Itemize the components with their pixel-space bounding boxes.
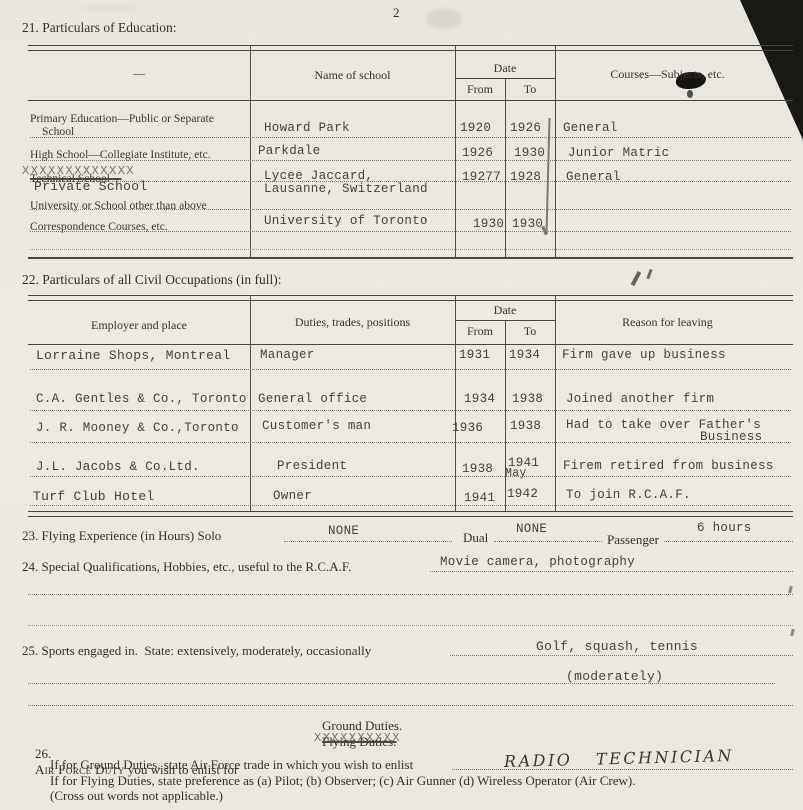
edu-row-dots <box>30 249 791 250</box>
edu-from-value: 1920 <box>460 121 491 135</box>
occ-to-value: 1938 <box>510 419 541 433</box>
occ-from-value: 1941 <box>464 491 495 505</box>
edu-table-header-rule <box>28 100 793 101</box>
edu-courses-value: General <box>566 170 621 184</box>
occ-duties-value: President <box>277 459 347 473</box>
occ-header-from: From <box>455 324 505 339</box>
occ-header-duties: Duties, trades, positions <box>250 315 455 330</box>
page-number: 2 <box>393 5 400 21</box>
solo-value: NONE <box>328 524 359 538</box>
section-25-label: 25. Sports engaged in. State: extensivel… <box>22 643 371 659</box>
passenger-answer-line <box>664 541 793 542</box>
pen-check-mark <box>631 271 641 286</box>
occ-table-header-rule <box>28 344 793 345</box>
edu-from-value: 1926 <box>462 146 493 160</box>
edu-to-value: 1928 <box>510 170 541 184</box>
occ-header-to: To <box>505 324 555 339</box>
occ-table-vline <box>505 320 506 511</box>
occ-table-top-rule <box>28 295 793 301</box>
ground-trade-answer-line <box>452 769 793 770</box>
smudge-mark <box>426 9 462 29</box>
edu-courses-value: Junior Matric <box>568 146 669 160</box>
occ-row-dots <box>30 410 791 411</box>
blank-continuation-line <box>28 594 793 595</box>
occ-employer-value: C.A. Gentles & Co., Toronto <box>36 392 247 406</box>
edu-courses-value: General <box>563 121 618 135</box>
occ-duties-value: Owner <box>273 489 312 503</box>
edu-from-value: 19277 <box>462 170 501 184</box>
section-23-label: 23. Flying Experience (in Hours) Solo <box>22 528 221 544</box>
occ-employer-value: Lorraine Shops, Montreal <box>36 348 230 363</box>
sports-answer-line <box>450 655 793 656</box>
edu-header-dash: — <box>28 66 250 81</box>
occ-reason-value-line2: Business <box>700 430 762 444</box>
edu-header-date: Date <box>455 61 555 76</box>
occ-duties-value: Customer's man <box>262 419 371 433</box>
edu-to-value: 1926 <box>510 121 541 135</box>
ground-trade-label: If for Ground Duties, state Air Force tr… <box>50 757 413 773</box>
occ-duties-value: Manager <box>260 348 315 362</box>
section-26-number: 26. <box>35 746 51 761</box>
occ-row-dots <box>30 442 791 443</box>
ground-trade-value-handwritten: RADIO TECHNICIAN <box>504 746 734 771</box>
occ-from-value: 1934 <box>464 392 495 406</box>
passenger-value: 6 hours <box>697 521 752 535</box>
pen-check-mark <box>646 269 652 279</box>
occ-row-dots <box>30 476 791 477</box>
occ-employer-value: J.L. Jacobs & Co.Ltd. <box>36 460 200 474</box>
edu-row-label: Primary Education—Public or Separate <box>30 112 214 125</box>
section-21-title: 21. Particulars of Education: <box>22 20 176 36</box>
sports-value-line2: (moderately) <box>566 669 663 684</box>
smudge-mark <box>80 4 140 12</box>
edu-row-label: High School—Collegiate Institute, etc. <box>30 148 211 161</box>
occ-to-value-line2: May <box>505 467 527 480</box>
qualifications-value: Movie camera, photography <box>440 555 635 569</box>
occ-header-date: Date <box>455 303 555 318</box>
occ-header-employer: Employer and place <box>28 318 250 333</box>
edu-from-value: 1930 <box>473 217 504 231</box>
pen-apostrophe-mark <box>788 586 792 593</box>
pen-apostrophe-mark <box>790 629 794 636</box>
edu-header-to: To <box>505 82 555 97</box>
scanned-form-page: 2 21. Particulars of Education: — Name o… <box>0 0 803 810</box>
dual-value: NONE <box>516 522 547 536</box>
typed-x-strikeout: XXXXXXXXXX <box>314 731 401 745</box>
blank-continuation-line <box>28 705 793 706</box>
occ-reason-value: Firm gave up business <box>562 348 726 362</box>
occ-to-value: 1938 <box>512 392 543 406</box>
edu-school-value: Parkdale <box>258 144 320 158</box>
edu-school-value: University of Toronto <box>264 214 428 228</box>
occ-table-bottom-rule <box>28 511 793 517</box>
sports-value: Golf, squash, tennis <box>536 639 698 654</box>
edu-header-from: From <box>455 82 505 97</box>
occ-to-value: 1942 <box>507 487 538 501</box>
edu-row-label-line2: School <box>42 125 74 138</box>
edu-school-value-line2: Lausanne, Switzerland <box>264 182 428 196</box>
edu-table-vline <box>455 45 456 258</box>
occ-row-dots <box>30 369 791 370</box>
passenger-label: Passenger <box>607 532 659 548</box>
occ-row-dots <box>30 505 791 506</box>
pen-stroke-vertical <box>545 118 550 234</box>
occ-employer-value: Turf Club Hotel <box>33 489 155 504</box>
section-24-label: 24. Special Qualifications, Hobbies, etc… <box>22 559 351 575</box>
occ-from-value: 1936 <box>452 421 483 435</box>
edu-header-name-of-school: Name of school <box>250 68 455 83</box>
occ-reason-value: Joined another firm <box>566 392 714 406</box>
section-22-title: 22. Particulars of all Civil Occupations… <box>22 272 281 288</box>
edu-row-dots <box>30 137 791 138</box>
occ-to-value: 1934 <box>509 348 540 362</box>
flying-preference-label: If for Flying Duties, state preference a… <box>50 773 635 789</box>
edu-table-top-rule <box>28 45 793 51</box>
edu-header-courses: Courses—Subjects, etc. <box>555 67 780 82</box>
edu-to-value: 1930 <box>514 146 545 160</box>
occ-from-value: 1938 <box>462 462 493 476</box>
ink-blot-drip <box>687 90 693 98</box>
edu-row-label: University or School other than above <box>30 199 207 212</box>
edu-table-bottom-rule <box>28 257 793 259</box>
edu-row-label: Correspondence Courses, etc. <box>30 220 168 233</box>
dual-answer-line <box>494 541 602 542</box>
blank-continuation-line <box>28 625 793 626</box>
occ-from-value: 1931 <box>459 348 490 362</box>
occ-header-reason: Reason for leaving <box>555 315 780 330</box>
edu-to-value: 1930 <box>512 217 543 231</box>
edu-row-typed-label: Private School <box>34 179 147 194</box>
dual-label: Dual <box>463 530 488 546</box>
occ-reason-value: To join R.C.A.F. <box>566 488 691 502</box>
solo-answer-line <box>284 541 452 542</box>
occ-reason-value: Firem retired from business <box>563 459 774 473</box>
qualifications-answer-line <box>430 571 793 572</box>
occ-duties-value: General office <box>258 392 367 406</box>
edu-school-value: Howard Park <box>264 121 350 135</box>
cross-out-note: (Cross out words not applicable.) <box>50 788 223 804</box>
occ-employer-value: J. R. Mooney & Co.,Toronto <box>36 421 239 435</box>
edu-school-value: Lycee Jaccard, <box>264 169 373 183</box>
